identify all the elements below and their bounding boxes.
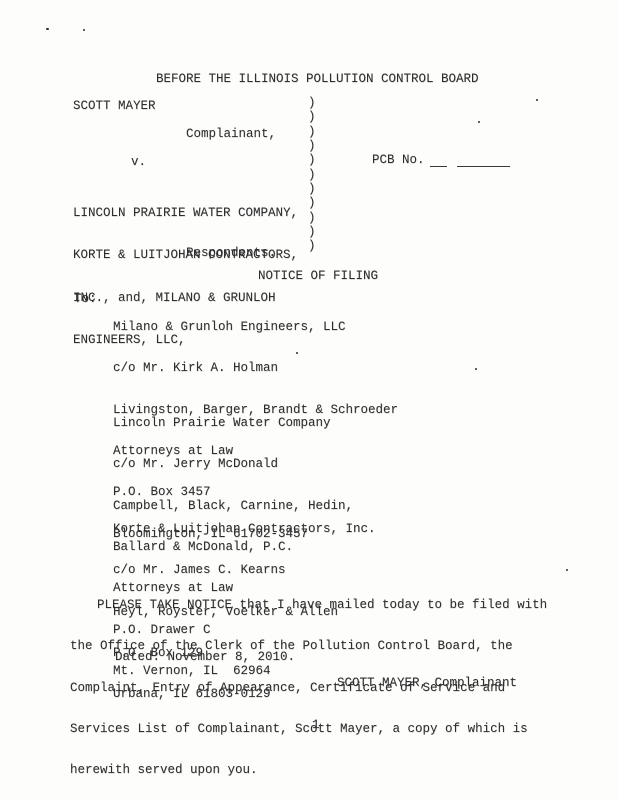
scanned-document-page: BEFORE THE ILLINOIS POLLUTION CONTROL BO… [0,0,619,800]
dated-line: Dated: November 8, 2010. [115,651,295,664]
caption-bracket: ) [308,125,316,139]
caption-bracket: ) [308,110,316,124]
scan-speck [536,99,538,101]
caption-bracket: ) [308,196,316,210]
caption-bracket: ) [308,225,316,239]
complainant-name: SCOTT MAYER [73,100,156,113]
signature-line: SCOTT MAYER, Complainant [337,677,517,690]
recipient-address-line: c/o Mr. Jerry McDonald [113,458,353,471]
scan-speck [478,121,480,123]
versus-label: v. [131,156,146,169]
recipient-address-line: Korte & Luitjohan Contractors, Inc. [113,523,376,536]
scan-speck [475,368,477,370]
case-number-blank-long [457,166,510,167]
case-number-label: PCB No. [372,154,425,167]
caption-bracket: ) [308,239,316,253]
caption-bracket: ) [308,211,316,225]
caption-bracket: ) [308,153,316,167]
notice-body-line: PLEASE TAKE NOTICE that I have mailed to… [70,599,547,612]
scan-speck [83,29,85,31]
notice-body-line: Services List of Complainant, Scott Maye… [70,723,547,736]
respondents-label: Respondents. [186,247,276,260]
recipient-address-line: Lincoln Prairie Water Company [113,417,353,430]
caption-bracket: ) [308,182,316,196]
to-label: To: [74,293,97,306]
complainant-label: Complainant, [186,128,276,141]
caption-bracket: ) [308,168,316,182]
caption-bracket-column: ) ) ) ) ) ) ) ) ) ) ) [308,96,316,254]
scan-speck [566,569,568,571]
caption-bracket: ) [308,139,316,153]
court-title: BEFORE THE ILLINOIS POLLUTION CONTROL BO… [156,73,479,86]
page-number: 1 [312,719,320,732]
recipient-address-line: c/o Mr. Kirk A. Holman [113,362,398,375]
caption-bracket: ) [308,96,316,110]
notice-body-line: herewith served upon you. [70,764,547,777]
notice-heading: NOTICE OF FILING [258,270,378,283]
respondent-name-line: LINCOLN PRAIRIE WATER COMPANY, [73,206,298,220]
case-number-blank-short [430,166,447,167]
scan-speck [46,28,49,30]
recipient-address-line: Milano & Grunloh Engineers, LLC [113,321,398,334]
